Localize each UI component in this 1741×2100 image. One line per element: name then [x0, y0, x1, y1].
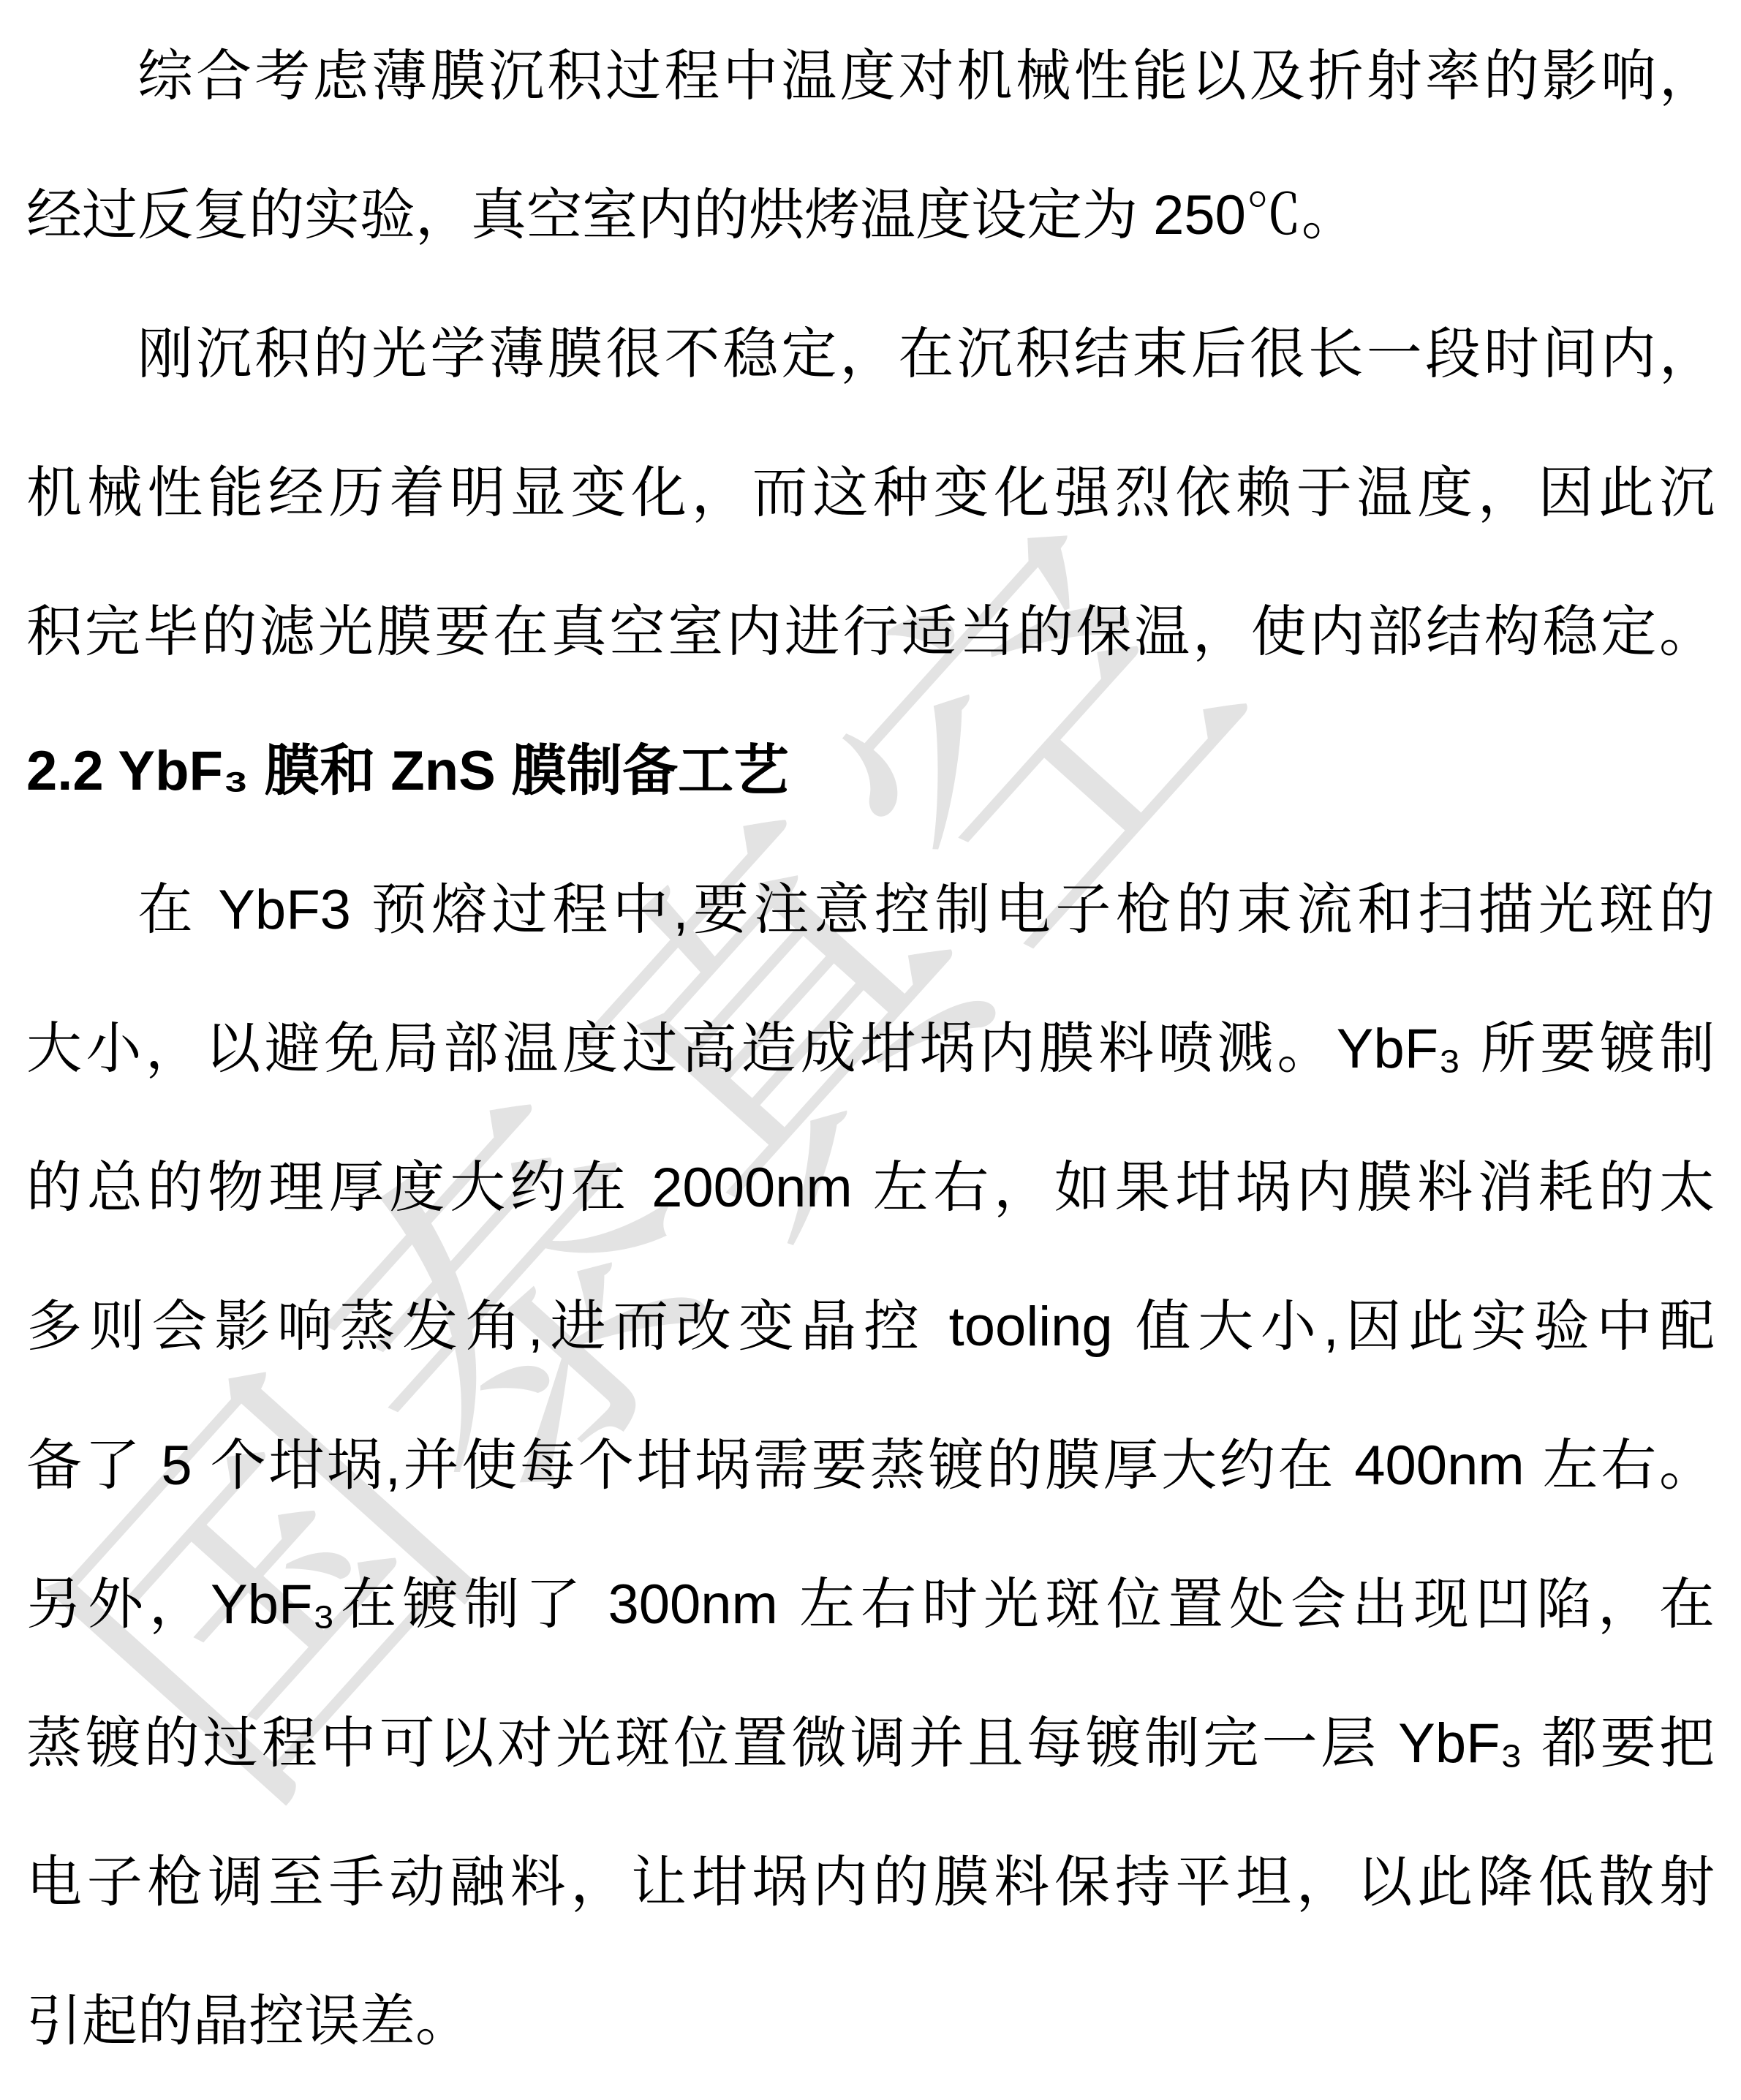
paragraph3-line-4: 多则会影响蒸发角,进而改变晶控 tooling 值大小,因此实验中配 [26, 1258, 1715, 1397]
paragraph2-line-1: 刚沉积的光学薄膜很不稳定，在沉积结束后很长一段时间内， [26, 285, 1715, 424]
paragraph3-line-2: 大小，以避免局部温度过高造成坩埚内膜料喷溅。YbF₃ 所要镀制 [26, 980, 1715, 1119]
document-page: 综合考虑薄膜沉积过程中温度对机械性能以及折射率的影响， 经过反复的实验，真空室内… [0, 0, 1741, 2100]
paragraph1-line-2: 经过反复的实验，真空室内的烘烤温度设定为 250℃。 [26, 146, 1715, 285]
paragraph3-line-5: 备了 5 个坩埚,并使每个坩埚需要蒸镀的膜厚大约在 400nm 左右。 [26, 1397, 1715, 1536]
paragraph2-line-3: 积完毕的滤光膜要在真空室内进行适当的保温，使内部结构稳定。 [26, 563, 1715, 702]
paragraph3-line-3: 的总的物理厚度大约在 2000nm 左右，如果坩埚内膜料消耗的太 [26, 1119, 1715, 1258]
section-heading: 2.2 YbF₃ 膜和 ZnS 膜制备工艺 [26, 702, 1715, 841]
paragraph3-line-7: 蒸镀的过程中可以对光斑位置微调并且每镀制完一层 YbF₃ 都要把 [26, 1674, 1715, 1813]
paragraph3-line-8: 电子枪调至手动融料，让坩埚内的膜料保持平坦，以此降低散射 [26, 1813, 1715, 1952]
paragraph3-line-6: 另外，YbF₃在镀制了 300nm 左右时光斑位置处会出现凹陷，在 [26, 1536, 1715, 1674]
paragraph3-line-9: 引起的晶控误差。 [26, 1952, 1715, 2091]
paragraph2-line-2: 机械性能经历着明显变化，而这种变化强烈依赖于温度，因此沉 [26, 424, 1715, 563]
paragraph3-line-1: 在 YbF3 预熔过程中,要注意控制电子枪的束流和扫描光斑的 [26, 841, 1715, 980]
paragraph1-line-1: 综合考虑薄膜沉积过程中温度对机械性能以及折射率的影响， [26, 7, 1715, 146]
